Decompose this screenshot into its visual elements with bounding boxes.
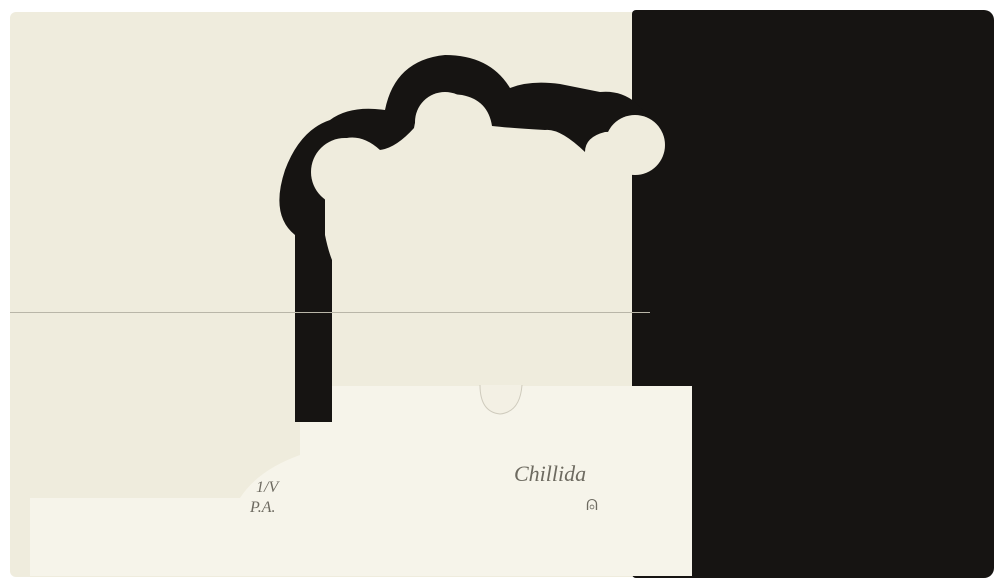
embossed-shape [0, 0, 1000, 587]
proof-mark: P.A. [250, 500, 275, 516]
pencil-line [10, 312, 650, 313]
artist-monogram: ⍝ [586, 496, 598, 512]
edition-number: 1/V [256, 480, 278, 496]
artist-signature: Chillida [514, 466, 586, 482]
